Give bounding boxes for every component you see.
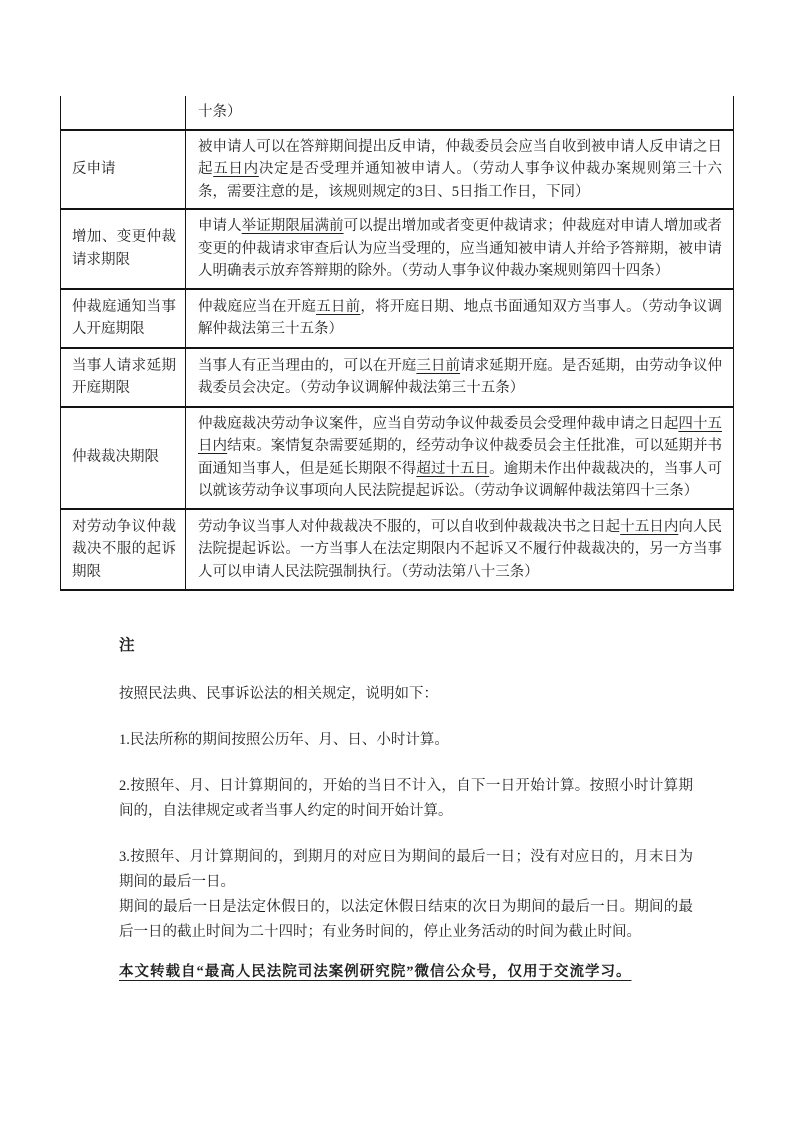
text-run: 仲裁庭裁决劳动争议案件，应当自劳动争议仲裁委员会受理仲裁申请之日起: [198, 416, 678, 432]
note-line: 1.民法所称的期间按照公历年、月、日、小时计算。: [119, 728, 693, 753]
row-content-cell: 当事人有正当理由的，可以在开庭三日前请求延期开庭。是否延期，由劳动争议仲裁委员会…: [186, 348, 734, 407]
underlined-term: 三日前: [416, 358, 460, 374]
row-content-cell: 被申请人可以在答辩期间提出反申请，仲裁委员会应当自收到被申请人反申请之日起五日内…: [186, 130, 734, 210]
table-row: 仲裁裁决期限仲裁庭裁决劳动争议案件，应当自劳动争议仲裁委员会受理仲裁申请之日起四…: [61, 407, 734, 509]
table-row: 十条）: [61, 96, 734, 130]
note-line: 3.按照年、月计算期间的，到期月的对应日为期间的最后一日；没有对应日的，月末日为…: [119, 845, 693, 895]
text-run: 决定是否受理并通知被申请人。（劳动人事争议仲裁办案规则第三十六条，需要注意的是，…: [198, 161, 722, 200]
row-label-cell: 仲裁裁决期限: [61, 407, 186, 509]
row-label-cell: 仲裁庭通知当事人开庭期限: [61, 289, 186, 348]
note-item: 1.民法所称的期间按照公历年、月、日、小时计算。: [119, 728, 693, 753]
table-row: 仲裁庭通知当事人开庭期限仲裁庭应当在开庭五日前，将开庭日期、地点书面通知双方当事…: [61, 289, 734, 348]
row-label-cell: 对劳动争议仲裁裁决不服的起诉期限: [61, 509, 186, 591]
notes-intro: 按照民法典、民事诉讼法的相关规定，说明如下：: [119, 682, 693, 707]
note-item: 3.按照年、月计算期间的，到期月的对应日为期间的最后一日；没有对应日的，月末日为…: [119, 845, 693, 945]
note-line: 2.按照年、月、日计算期间的，开始的当日不计入，自下一日开始计算。按照小时计算期…: [119, 774, 693, 824]
table-row: 增加、变更仲裁请求期限申请人举证期限届满前可以提出增加或者变更仲裁请求；仲裁庭对…: [61, 209, 734, 289]
text-run: 当事人有正当理由的，可以在开庭: [198, 358, 416, 374]
row-content-cell: 申请人举证期限届满前可以提出增加或者变更仲裁请求；仲裁庭对申请人增加或者变更的仲…: [186, 209, 734, 289]
row-content-cell: 仲裁庭裁决劳动争议案件，应当自劳动争议仲裁委员会受理仲裁申请之日起四十五日内结束…: [186, 407, 734, 509]
text-run: 申请人: [198, 218, 242, 234]
underlined-term: 五日内: [213, 161, 259, 177]
document-page: 十条）反申请被申请人可以在答辩期间提出反申请，仲裁委员会应当自收到被申请人反申请…: [0, 0, 793, 1122]
text-run: 劳动争议当事人对仲裁裁决不服的，可以自收到仲裁裁决书之日起: [198, 519, 620, 535]
row-content-cell: 仲裁庭应当在开庭五日前，将开庭日期、地点书面通知双方当事人。（劳动争议调解仲裁法…: [186, 289, 734, 348]
underlined-term: 十五日内: [620, 519, 678, 535]
row-label-cell: 当事人请求延期开庭期限: [61, 348, 186, 407]
row-content-cell: 十条）: [186, 96, 734, 130]
underlined-term: 五日前: [316, 299, 360, 315]
underlined-term: 超过十五日: [416, 461, 489, 477]
notes-items: 1.民法所称的期间按照公历年、月、日、小时计算。2.按照年、月、日计算期间的，开…: [119, 728, 693, 945]
row-label-cell: 增加、变更仲裁请求期限: [61, 209, 186, 289]
table-row: 反申请被申请人可以在答辩期间提出反申请，仲裁委员会应当自收到被申请人反申请之日起…: [61, 130, 734, 210]
underlined-term: 举证期限届满前: [242, 218, 344, 234]
notes-heading: 注: [119, 633, 693, 658]
note-item: 2.按照年、月、日计算期间的，开始的当日不计入，自下一日开始计算。按照小时计算期…: [119, 774, 693, 824]
footer-note: 本文转载自“最高人民法院司法案例研究院”微信公众号，仅用于交流学习。: [119, 960, 705, 985]
text-run: 仲裁庭应当在开庭: [198, 299, 316, 315]
row-label-cell: 反申请: [61, 130, 186, 210]
row-content-cell: 劳动争议当事人对仲裁裁决不服的，可以自收到仲裁裁决书之日起十五日内向人民法院提起…: [186, 509, 734, 591]
table-row: 当事人请求延期开庭期限当事人有正当理由的，可以在开庭三日前请求延期开庭。是否延期…: [61, 348, 734, 407]
text-run: 十条）: [198, 104, 242, 120]
table-row: 对劳动争议仲裁裁决不服的起诉期限劳动争议当事人对仲裁裁决不服的，可以自收到仲裁裁…: [61, 509, 734, 591]
row-label-cell: [61, 96, 186, 130]
deadline-table: 十条）反申请被申请人可以在答辩期间提出反申请，仲裁委员会应当自收到被申请人反申请…: [60, 96, 734, 591]
deadline-table-body: 十条）反申请被申请人可以在答辩期间提出反申请，仲裁委员会应当自收到被申请人反申请…: [61, 96, 734, 590]
note-line: 期间的最后一日是法定休假日的，以法定休假日结束的次日为期间的最后一日。期间的最后…: [119, 895, 693, 945]
notes-section: 注 按照民法典、民事诉讼法的相关规定，说明如下： 1.民法所称的期间按照公历年、…: [119, 633, 693, 966]
